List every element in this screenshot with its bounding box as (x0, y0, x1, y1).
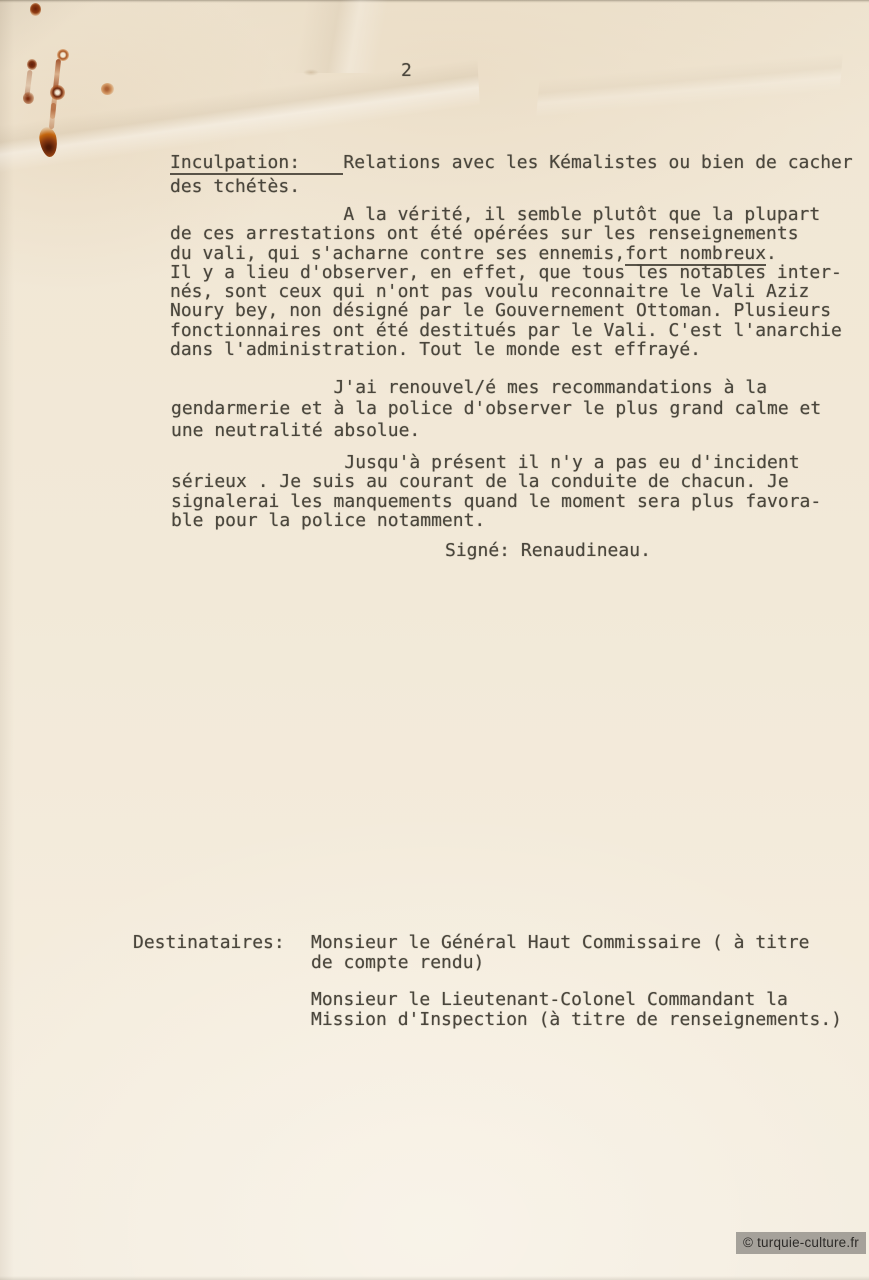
text-line: gendarmerie et à la police d'observer le… (171, 398, 821, 419)
text-segment: Il y a lieu d'observer, en effet, que to… (170, 262, 842, 283)
text-line: Monsieur le Lieutenant-Colonel Commandan… (311, 990, 842, 1010)
text-segment: A la vérité, il semble plutôt que la plu… (170, 204, 820, 225)
rust-stain-streak (50, 59, 61, 119)
text-segment: des tchétès. (170, 176, 300, 197)
text-segment: Signé: Renaudineau. (445, 540, 651, 561)
rust-stain-ring (57, 49, 69, 61)
watermark-badge: © turquie-culture.fr (736, 1232, 866, 1254)
paragraph-inculpation: Inculpation: Relations avec les Kémalist… (170, 151, 853, 199)
text-line: dans l'administration. Tout le monde est… (170, 340, 842, 359)
text-segment: J'ai renouvel/é mes recommandations à la (171, 377, 767, 398)
text-line: Inculpation: Relations avec les Kémalist… (170, 151, 853, 175)
recipient: Monsieur le Lieutenant-Colonel Commandan… (311, 990, 842, 1031)
scan-edge-left (0, 0, 14, 1280)
paper-speck (303, 69, 319, 76)
text-segment: signalerai les manquements quand le mome… (171, 491, 821, 512)
paper-corner-fold (0, 0, 129, 110)
text-segment: sérieux . Je suis au courant de la condu… (171, 471, 789, 492)
paragraph-arrestations: A la vérité, il semble plutôt que la plu… (170, 205, 842, 359)
signature-line: Signé: Renaudineau. (445, 541, 651, 560)
text-line: du vali, qui s'acharne contre ses ennemi… (170, 244, 842, 263)
text-line: des tchétès. (170, 175, 853, 199)
text-line: de ces arrestations ont été opérées sur … (170, 224, 842, 243)
text-line: Noury bey, non désigné par le Gouverneme… (170, 301, 842, 320)
rust-stain-streak (49, 103, 56, 129)
text-segment: une neutralité absolue. (171, 420, 420, 441)
rust-stain (38, 126, 60, 158)
paper-crease (535, 7, 844, 153)
text-line: A la vérité, il semble plutôt que la plu… (170, 205, 842, 224)
text-segment: Noury bey, non désigné par le Gouverneme… (170, 300, 831, 321)
text-line: Jusqu'à présent il n'y a pas eu d'incide… (171, 453, 821, 472)
rust-stain-ring (50, 85, 65, 100)
page-number: 2 (401, 60, 412, 81)
paragraph-incident: Jusqu'à présent il n'y a pas eu d'incide… (171, 453, 821, 531)
text-line: fonctionnaires ont été destitués par le … (170, 321, 842, 340)
underlined-text: Inculpation: (170, 152, 343, 175)
paragraph-recommandations: J'ai renouvel/é mes recommandations à la… (171, 377, 821, 441)
text-line: Signé: Renaudineau. (445, 541, 651, 560)
destinataires-list: Monsieur le Général Haut Commissaire ( à… (311, 933, 842, 1030)
text-line: une neutralité absolue. (171, 420, 821, 441)
text-line: nés, sont ceux qui n'ont pas voulu recon… (170, 282, 842, 301)
scan-edge-top (0, 0, 869, 3)
text-segment: . (766, 243, 777, 264)
text-line: Il y a lieu d'observer, en effet, que to… (170, 263, 842, 282)
rust-stain-streak (24, 70, 32, 96)
text-segment: fonctionnaires ont été destitués par le … (170, 320, 842, 341)
text-segment: Jusqu'à présent il n'y a pas eu d'incide… (171, 452, 800, 473)
text-line: signalerai les manquements quand le mome… (171, 492, 821, 511)
text-segment: de ces arrestations ont été opérées sur … (170, 223, 799, 244)
scan-edge-bottom (0, 1276, 869, 1280)
text-segment: ble pour la police notamment. (171, 510, 485, 531)
text-segment: gendarmerie et à la police d'observer le… (171, 398, 821, 419)
destinataires-label: Destinataires: (133, 933, 285, 952)
recipient: Monsieur le Général Haut Commissaire ( à… (311, 933, 842, 974)
text-line: Monsieur le Général Haut Commissaire ( à… (311, 933, 842, 953)
text-line: Mission d'Inspection (à titre de renseig… (311, 1010, 842, 1030)
paper-crease (170, 0, 500, 73)
rust-stain (27, 59, 37, 70)
text-line: de compte rendu) (311, 953, 842, 973)
text-segment: dans l'administration. Tout le monde est… (170, 339, 701, 360)
text-line: sérieux . Je suis au courant de la condu… (171, 472, 821, 491)
scanned-document-page: 2 Inculpation: Relations avec les Kémali… (0, 0, 869, 1280)
rust-stain (23, 92, 34, 104)
rust-stain (101, 83, 114, 95)
rust-stain (30, 3, 41, 16)
text-line: J'ai renouvel/é mes recommandations à la (171, 377, 821, 398)
text-segment: Relations avec les Kémalistes ou bien de… (343, 152, 852, 173)
text-line: ble pour la police notamment. (171, 511, 821, 530)
text-segment: du vali, qui s'acharne contre ses ennemi… (170, 243, 625, 264)
